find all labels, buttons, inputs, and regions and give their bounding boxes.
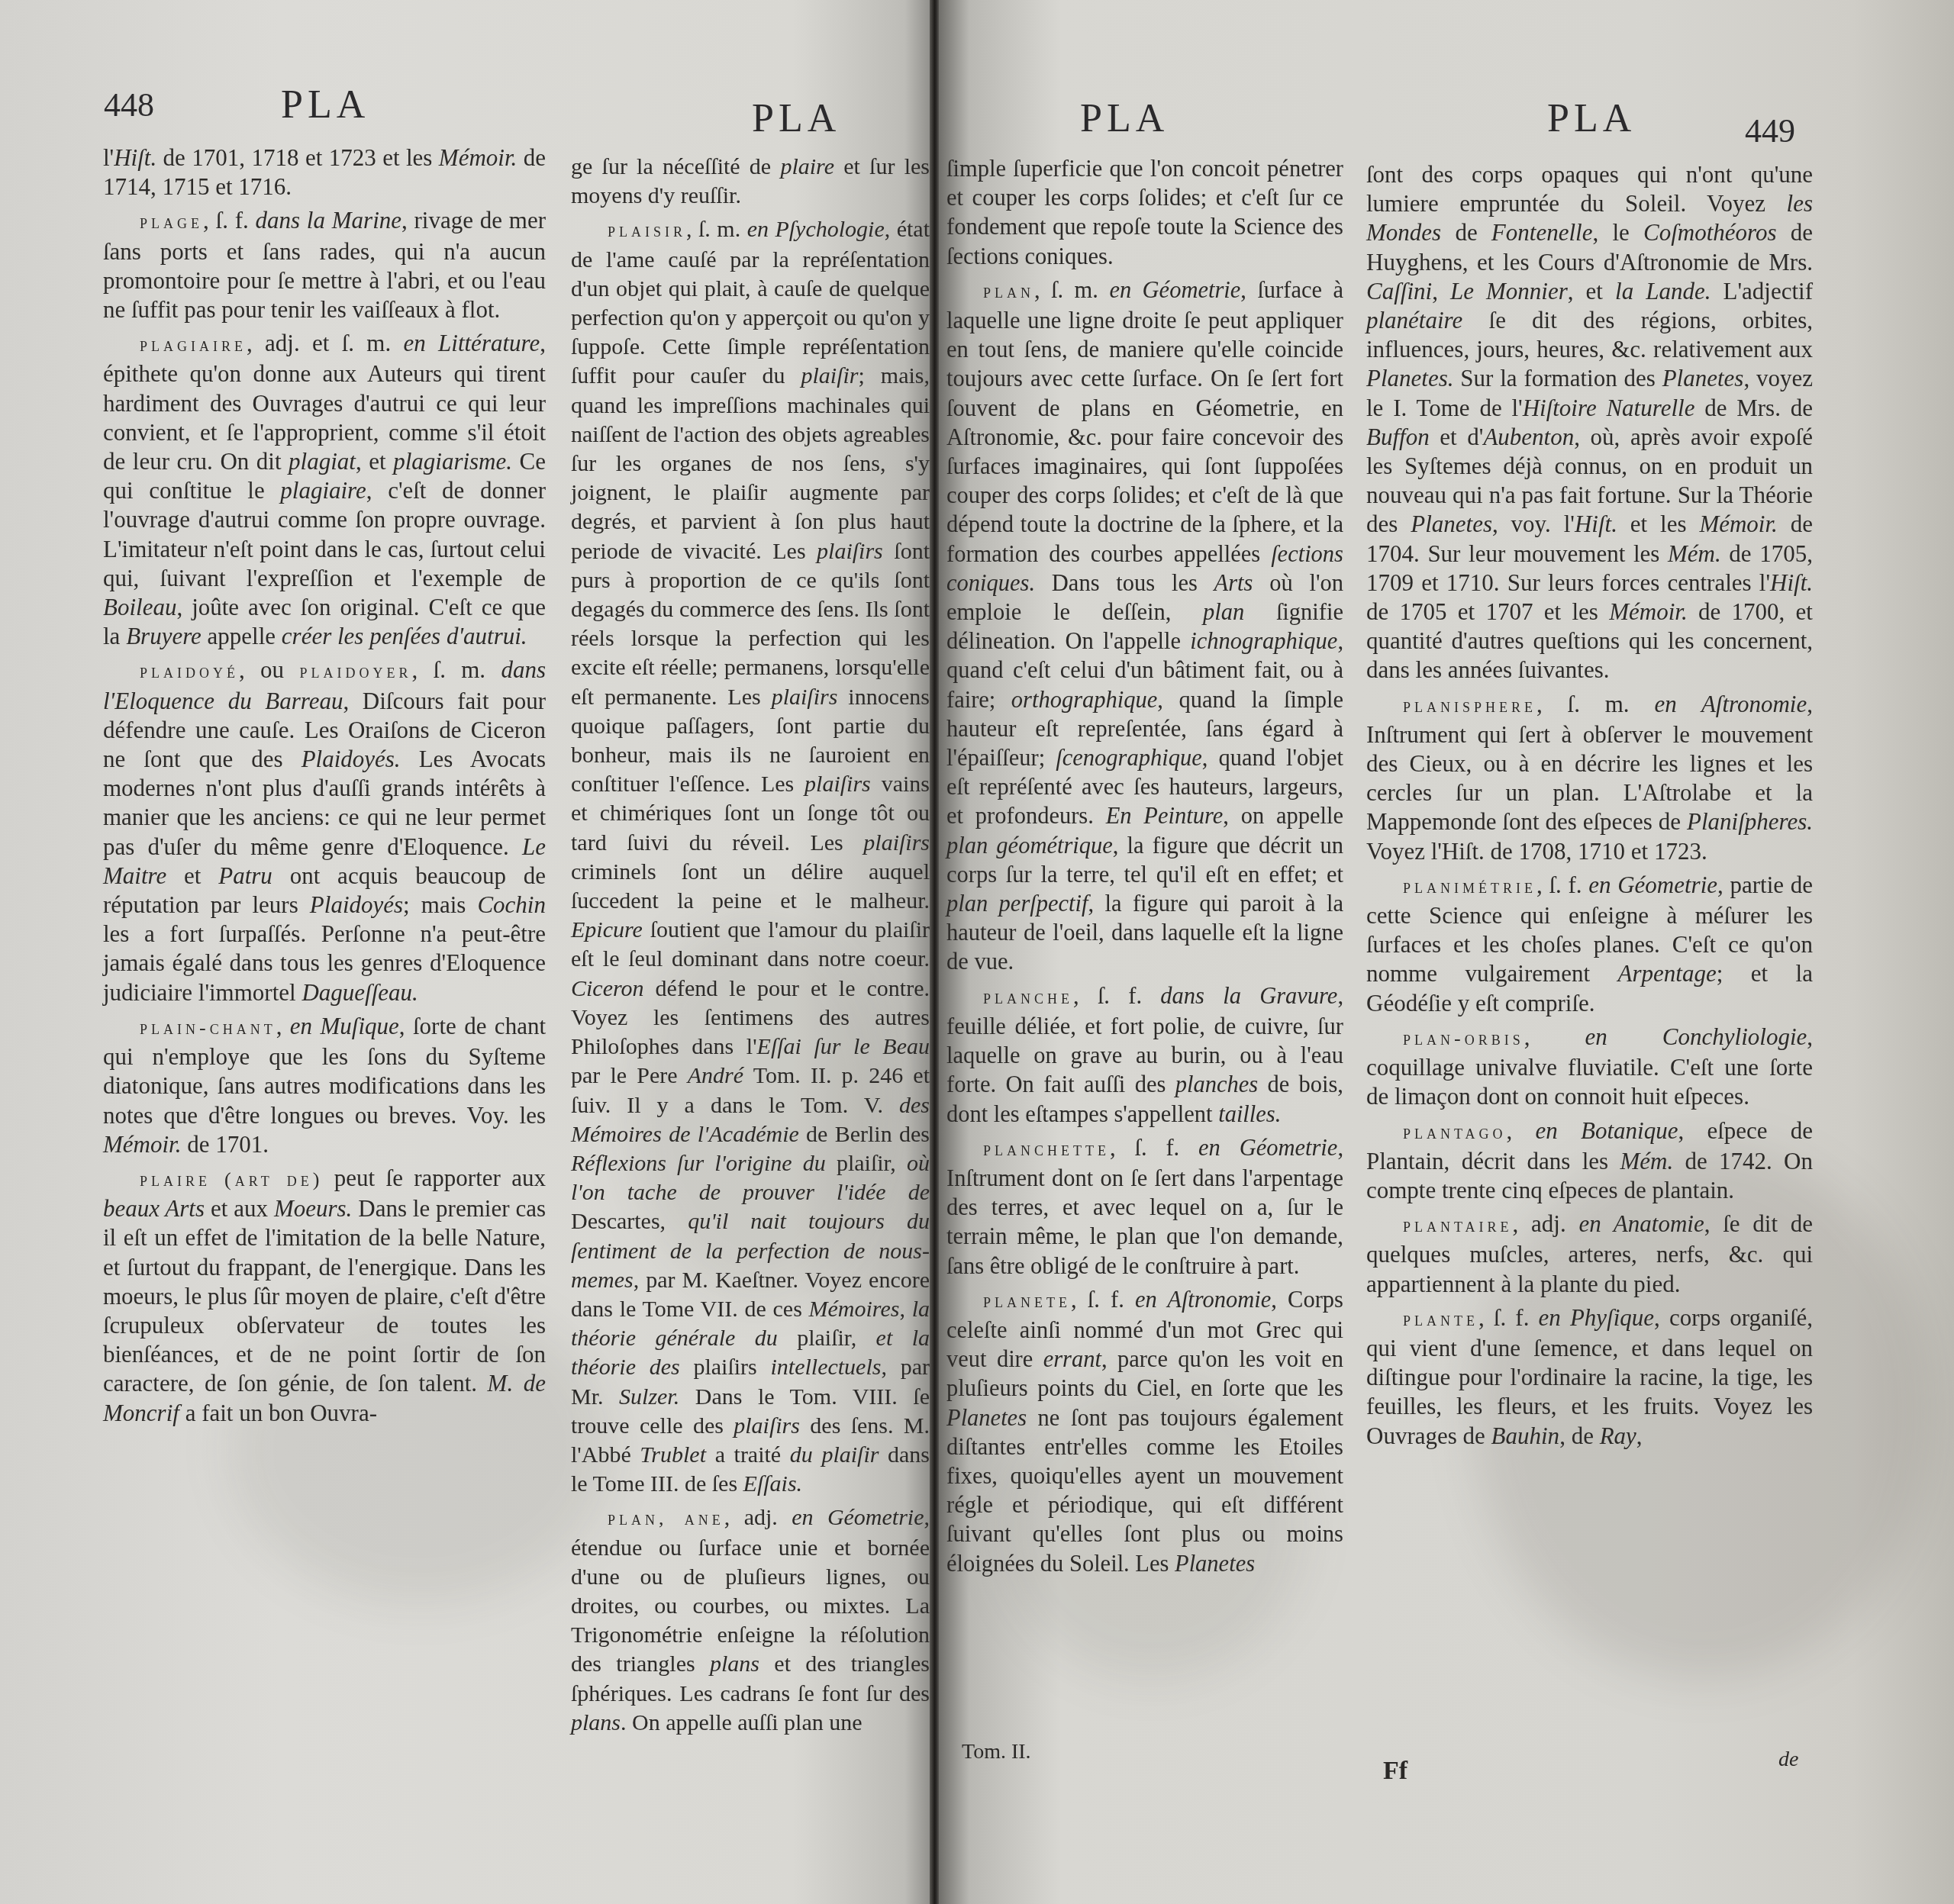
body-text: appelle [202,623,282,649]
body-text: , ſ. f. [1478,1304,1539,1331]
body-text: ſont des corps opaques qui n'ont qu'une … [1366,161,1813,217]
italic-text: plaiſirs [772,685,838,710]
body-text: , adj. [1513,1210,1579,1237]
headword: PLAGE [140,211,203,233]
body-text: Voyez l'Hiſt. de 1708, 1710 et 1723. [1366,838,1707,865]
italic-text: Sulzer. [619,1384,679,1409]
italic-text: plaire [780,154,834,179]
headword: PLANTE [1403,1308,1478,1330]
italic-text: plan géométrique [946,833,1113,859]
italic-text: orthographique [1011,687,1157,713]
italic-text: Bauhin [1491,1422,1560,1449]
body-text: , adj. et ſ. m. [247,330,403,356]
headword: PLANISPHERE [1403,694,1536,717]
italic-text: Bruyere [126,623,202,649]
italic-text: en Pſychologie [747,217,885,242]
volume-footer: Tom. II. [962,1740,1031,1764]
dictionary-entry: PLANISPHERE, ſ. m. en Aſtronomie, Inſtru… [1366,690,1813,866]
italic-text: Mémoir. [1699,511,1777,537]
italic-text: Epicure [571,917,643,942]
italic-text: Eſſai ſur le Beau [757,1034,930,1059]
italic-text: en Littérature [403,330,540,356]
body-text: , ſ. m. [1034,277,1109,303]
dictionary-entry: PLAN-ORBIS, en Conchyliologie, coquillag… [1366,1023,1813,1112]
italic-text: Planetes [1662,365,1744,391]
text-column-4: ſont des corps opaques qui n'ont qu'une … [1366,160,1813,1455]
headword: PLAN-ORBIS [1403,1027,1524,1049]
body-text: , ſ. f. [203,207,256,234]
continued-text: ſont des corps opaques qui n'ont qu'une … [1366,160,1813,685]
body-text: a fait un bon Ouvra- [179,1400,377,1426]
italic-text: dans la Gravure [1160,983,1337,1009]
italic-text: Mémoir. [1609,598,1687,625]
body-text: , [1507,1117,1536,1144]
italic-text: Patru [218,862,272,889]
headword: PLANIMÉTRIE [1403,875,1536,897]
italic-text: plans [710,1651,759,1677]
italic-text: Hiſt. [1770,569,1813,596]
headword: PLAIRE (ART DE) [140,1168,323,1190]
headword: PLAN [983,280,1034,302]
body-text: Dans le premier cas il eſt un effet de l… [103,1195,546,1397]
body-text: criminels ſont un délire auquel ſucceden… [571,859,930,913]
body-text: , on appelle [1223,803,1343,829]
italic-text: en Conchyliologie [1585,1023,1807,1050]
body-text: , [1524,1023,1585,1050]
italic-text: Mém. [1668,540,1721,567]
body-text: peut ſe rapporter aux [323,1165,546,1191]
body-text: , adj. [724,1505,792,1530]
running-head: PLA [752,96,840,141]
dictionary-entry: PLANIMÉTRIE, ſ. f. en Géometrie, partie … [1366,871,1813,1018]
body-text: et aux [205,1195,274,1222]
italic-text: Coſmothéoros [1643,219,1777,246]
dictionary-entry: PLAGIAIRE, adj. et ſ. m. en Littérature,… [103,329,546,651]
body-text: de 1701. [181,1131,269,1158]
body-text: et [166,862,218,889]
body-text: , le [1592,219,1643,246]
italic-text: Planiſpheres. [1687,808,1813,835]
catchword: de [1778,1748,1798,1772]
italic-text: créer les penſées d'autrui. [282,623,527,649]
body-text: , et [1568,278,1615,304]
body-text: , ſ. f. [1110,1135,1198,1161]
italic-text: En Peinture [1106,803,1224,829]
continued-text: l'Hiſt. de 1701, 1718 et 1723 et les Mém… [103,143,546,201]
body-text: plaiſirs [680,1355,771,1380]
italic-text: plaiſirs [804,772,871,797]
italic-text: Planetes. [1366,365,1454,391]
italic-text: Plaidoyés. [301,746,401,772]
headword: PLAN, ANE [608,1507,724,1529]
italic-text: en Géometrie [792,1505,924,1530]
continued-text: ge ſur la néceſſité de plaire et ſur les… [571,153,930,211]
italic-text: Réflexions ſur l'origine du [571,1151,826,1176]
italic-text: plan perſpectif [946,891,1088,917]
dictionary-entry: PLANETE, ſ. f. en Aſtronomie, Corps cele… [946,1285,1343,1578]
headword: PLAIDOYER [299,660,411,682]
dictionary-entry: PLAIN-CHANT, en Muſique, ſorte de chant … [103,1012,546,1159]
body-text: et d' [1430,424,1484,450]
italic-text: Planetes [1411,511,1492,537]
body-text: de Berlin des [799,1122,930,1147]
italic-text: Hiſt. [114,144,156,171]
body-text: , ſ. m. [411,656,501,683]
body-text: , ſ. f. [1071,1287,1135,1313]
italic-text: Ray [1600,1422,1636,1449]
body-text: , ſ. m. [1536,691,1654,717]
dictionary-entry: PLANTAIRE, adj. en Anatomie, ſe dit de q… [1366,1210,1813,1299]
headword: PLANCHETTE [983,1138,1110,1160]
italic-text: en Aſtronomie [1654,691,1807,717]
italic-text: Mém. [1620,1148,1673,1174]
italic-text: ſcenographique [1056,745,1201,771]
headword: PLANCHE [983,986,1073,1008]
body-text: , [899,1297,911,1322]
dictionary-entry: PLAN, ANE, adj. en Géometrie, étendue ou… [571,1503,930,1738]
headword: PLANETE [983,1290,1071,1312]
italic-text: plans [571,1710,621,1735]
italic-text: en Géometrie [1198,1135,1337,1161]
italic-text: errant [1043,1346,1101,1372]
body-text: , [1636,1422,1643,1449]
right-page: PLA PLA 449 ſimple ſuperficie que l'on c… [939,0,1954,1904]
italic-text: Hiſt. [1575,511,1617,537]
body-text: ; mais, quand les impreſſions machinales… [571,363,930,563]
headword: PLAIDOYÉ [140,660,239,682]
italic-text: André [688,1063,743,1088]
dictionary-entry: PLAISIR, ſ. m. en Pſychologie, état de l… [571,215,930,1499]
italic-text: plagiaire [280,477,366,504]
italic-text: Plaidoyés [310,891,403,918]
italic-text: plagiat [289,448,356,475]
italic-text: Trublet [640,1442,706,1467]
italic-text: en Botanique [1536,1117,1678,1144]
body-text: de [1441,219,1491,246]
continued-text: ſimple ſuperficie que l'on concoit pénet… [946,154,1343,271]
left-page: 448 PLA PLA l'Hiſt. de 1701, 1718 et 172… [0,0,933,1904]
body-text: , [1432,278,1450,304]
italic-text: intellectuels [771,1355,882,1380]
italic-text: Planetes [946,1405,1027,1431]
italic-text: plaiſir [801,363,859,388]
italic-text: la Lande. [1615,278,1711,304]
dictionary-entry: PLAN, ſ. m. en Géometrie, ſurface à laqu… [946,275,1343,977]
headword: PLANTAIRE [1403,1214,1513,1236]
italic-text: planétaire [1366,307,1462,333]
italic-text: Mémoires [809,1297,900,1322]
italic-text: plagiarisme. [393,448,512,475]
body-text: , ſ. m. [686,217,747,242]
italic-text: Dagueſſeau. [301,979,418,1006]
italic-text: Eſſais. [743,1471,803,1496]
italic-text: en Aſtronomie [1135,1287,1271,1313]
italic-text: beaux Arts [103,1195,205,1222]
body-text: a traité [706,1442,790,1467]
running-head: PLA [1080,96,1169,141]
italic-text: Arts [1214,570,1253,596]
headword: PLANTAGO [1403,1121,1507,1143]
italic-text: ichnographique [1190,628,1337,654]
dictionary-entry: PLANTAGO, en Botanique, eſpece de Planta… [1366,1116,1813,1206]
text-column-2: ge ſur la néceſſité de plaire et ſur les… [571,153,930,1742]
signature-mark: Ff [1383,1757,1407,1786]
body-text: et les [1617,511,1699,537]
body-text: , ou [239,656,299,683]
dictionary-entry: PLANCHETTE, ſ. f. en Géometrie, Inſtrume… [946,1133,1343,1281]
dictionary-entry: PLAIRE (ART DE) peut ſe rapporter aux be… [103,1164,546,1428]
body-text: , [276,1013,290,1039]
dictionary-entry: PLANCHE, ſ. f. dans la Gravure, feuille … [946,981,1343,1129]
dictionary-entry: PLAGE, ſ. f. dans la Marine, rivage de m… [103,206,546,324]
headword: PLAIN-CHANT [140,1016,276,1039]
body-text: de 1705 et 1707 et les [1366,598,1609,625]
italic-text: Cochin [477,891,546,918]
italic-text: Hiſtoire Naturelle [1523,395,1695,421]
italic-text: Boileau [103,594,176,620]
body-text: L'adjectif [1711,278,1813,304]
italic-text: plaiſirs [817,539,883,564]
body-text: l' [103,144,114,171]
italic-text: du plaiſir [790,1442,879,1467]
page-number: 448 [104,85,154,124]
body-text: , et [356,448,393,475]
italic-text: plaiſirs [863,830,930,855]
italic-text: en Muſique [290,1013,399,1039]
text-column-1: l'Hiſt. de 1701, 1718 et 1723 et les Mém… [103,143,546,1432]
italic-text: Planetes [1175,1551,1255,1577]
italic-text: Aubenton [1483,424,1574,450]
body-text: , ſ. f. [1073,983,1160,1009]
body-text: ; mais [403,891,477,918]
body-text: Dans tous les [1035,570,1214,596]
italic-text: Mémoir. [103,1131,181,1158]
body-text: , ſurface à laquelle une ligne droite ſe… [946,277,1343,567]
italic-text: planches [1175,1071,1258,1097]
italic-text: Ciceron [571,976,644,1001]
headword: PLAISIR [608,219,686,241]
headword: PLAGIAIRE [140,333,247,356]
italic-text: Caſſini [1366,278,1432,304]
body-text: par le Pere [571,1063,688,1088]
italic-text: en Anatomie [1578,1210,1704,1237]
body-text: plaiſir, [778,1326,876,1351]
italic-text: Arpentage [1618,960,1717,987]
italic-text: Mémoir. [439,144,517,171]
italic-text: Buffon [1366,424,1430,450]
dictionary-entry: PLAIDOYÉ, ou PLAIDOYER, ſ. m. dans l'Elo… [103,656,546,1007]
text-column-3: ſimple ſuperficie que l'on concoit pénet… [946,154,1343,1583]
italic-text: dans la Marine [256,207,402,234]
body-text: , ſ. f. [1536,871,1588,898]
italic-text: en Géometrie [1109,277,1240,303]
running-head: PLA [1547,96,1636,141]
body-text: , de [1559,1422,1600,1449]
body-text: . On appelle auſſi plan une [621,1710,863,1735]
page-number: 449 [1745,111,1795,150]
body-text: Sur la formation des [1454,365,1662,391]
italic-text: en Géometrie [1588,871,1717,898]
body-text: Descartes, [571,1209,688,1234]
body-text: de Mrs. de [1694,395,1813,421]
italic-text: en Phyſique [1539,1304,1655,1331]
body-text: ſimple ſuperficie que l'on concoit pénet… [946,156,1343,269]
dictionary-entry: PLANTE, ſ. f. en Phyſique, corps organiſ… [1366,1303,1813,1451]
book-spread: 448 PLA PLA l'Hiſt. de 1701, 1718 et 172… [0,0,1954,1904]
running-head: PLA [281,82,369,127]
body-text: de 1701, 1718 et 1723 et les [156,144,439,171]
body-text: plaiſir, [826,1151,907,1176]
italic-text: Le Monnier [1450,278,1568,304]
italic-text: plaiſirs [734,1413,800,1438]
body-text: , voy. l' [1492,511,1575,537]
body-text: ge ſur la néceſſité de [571,154,780,179]
italic-text: Fontenelle [1491,219,1593,246]
italic-text: Moeurs. [274,1195,352,1222]
italic-text: plan [1203,599,1244,625]
italic-text: tailles. [1218,1101,1281,1127]
